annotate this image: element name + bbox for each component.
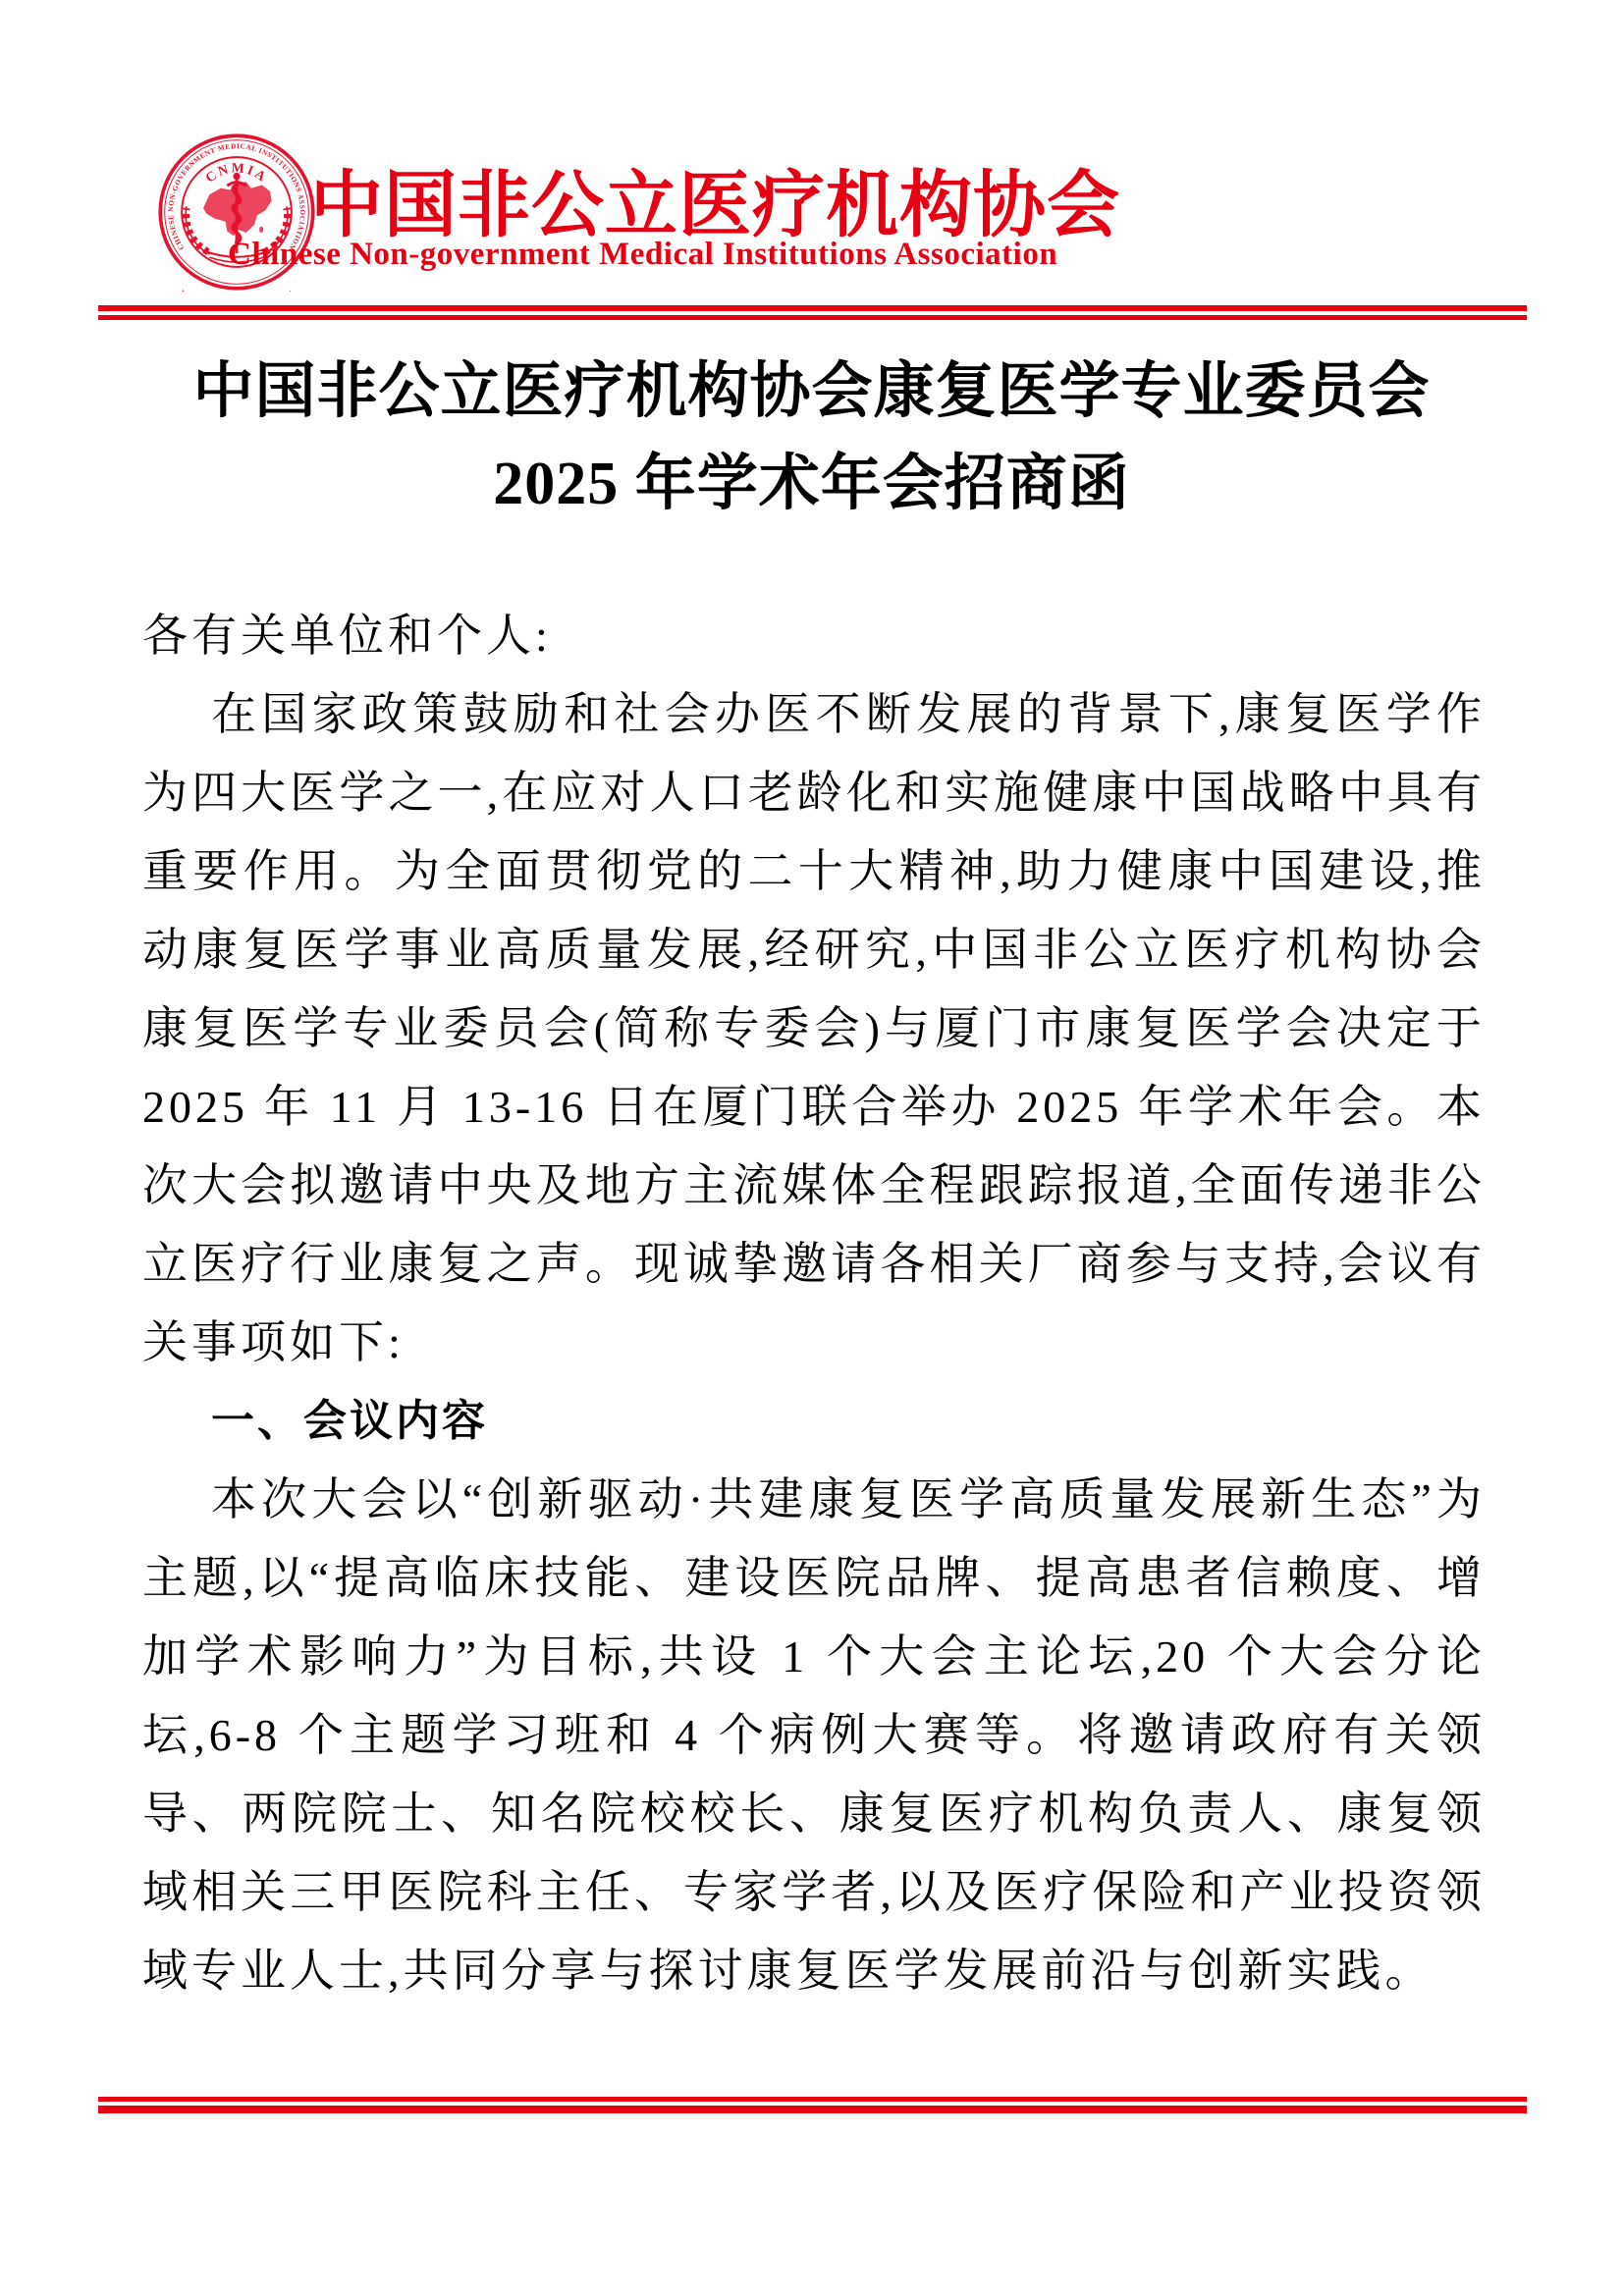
title-line-2: 2025 年学术年会招商函 — [0, 438, 1623, 530]
document-page: CHINESE NON-GOVERNMENT MEDICAL INSTITUTI… — [0, 0, 1623, 2296]
paragraph-introduction: 在国家政策鼓励和社会办医不断发展的背景下,康复医学作为四大医学之一,在应对人口老… — [142, 675, 1486, 1382]
document-title: 中国非公立医疗机构协会康复医学专业委员会 2025 年学术年会招商函 — [0, 346, 1623, 530]
title-line-1: 中国非公立医疗机构协会康复医学专业委员会 — [0, 346, 1623, 438]
rule-bottom-thick-line — [98, 2106, 1527, 2113]
section-heading-meeting-content: 一、会议内容 — [211, 1382, 1486, 1461]
letter-body: 各有关单位和个人: 在国家政策鼓励和社会办医不断发展的背景下,康复医学作为四大医… — [142, 597, 1486, 2010]
letterhead: CHINESE NON-GOVERNMENT MEDICAL INSTITUTI… — [0, 0, 1623, 304]
double-rule-bottom — [98, 2097, 1527, 2113]
double-rule-top — [98, 305, 1527, 320]
rule-top-thin-line — [98, 315, 1527, 320]
salutation: 各有关单位和个人: — [142, 597, 1486, 675]
paragraph-meeting-content: 本次大会以“创新驱动·共建康复医学高质量发展新生态”为主题,以“提高临床技能、建… — [142, 1461, 1486, 2010]
laurel-branch-left-icon — [186, 206, 209, 254]
org-name-english: Chinese Non-government Medical Instituti… — [228, 237, 1013, 273]
